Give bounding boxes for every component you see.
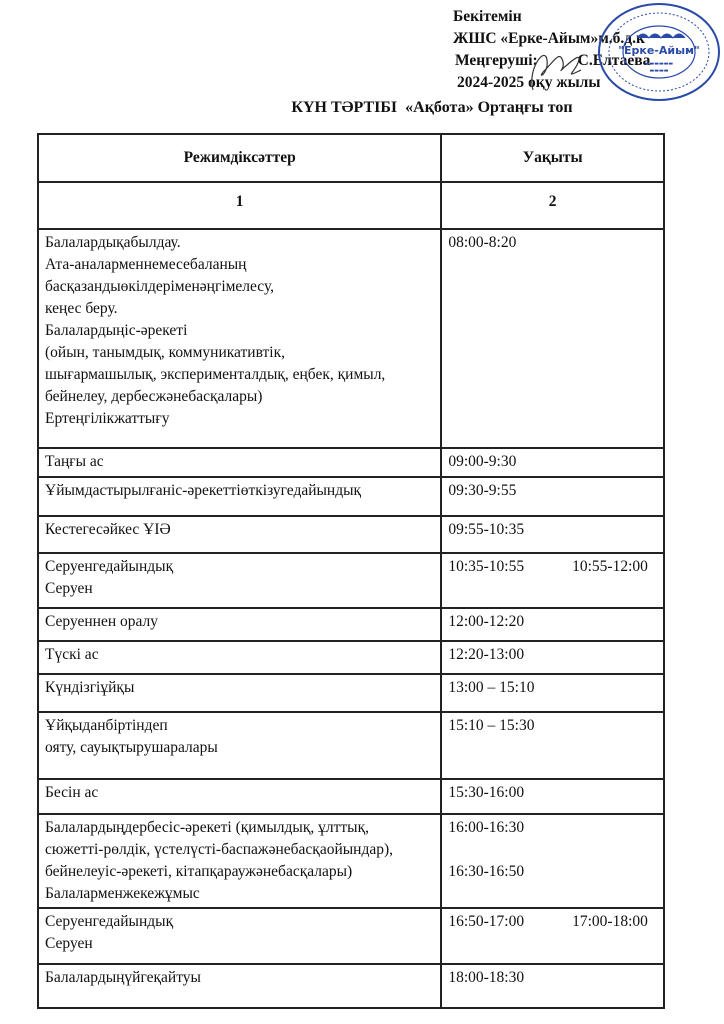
time-cell: 16:00-16:3016:30-16:50 xyxy=(441,814,664,908)
activity-line: Таңғы ас xyxy=(45,451,434,473)
activity-cell: Ұйымдастырылғаніс-әрекеттіөткізугедайынд… xyxy=(38,477,441,516)
activity-line: Серуен xyxy=(45,933,434,955)
activity-line: Ата-аналарменнемесебаланың xyxy=(45,254,434,276)
activity-cell: Кестегесәйкес ҰІӘ xyxy=(38,516,441,553)
document-title: КҮН ТӘРТІБІ «Ақбота» Ортаңғы топ xyxy=(0,99,724,117)
time-cell: 16:50-17:0017:00-18:00 xyxy=(441,908,664,964)
activity-line: Ұйымдастырылғаніс-әрекеттіөткізугедайынд… xyxy=(45,480,434,502)
svg-text:▬▬▬▬▬▬: ▬▬▬▬▬▬ xyxy=(645,61,674,67)
activity-line: Балалардыңіс-әрекеті xyxy=(45,320,434,342)
activity-cell: Балалардықабылдау.Ата-аналарменнемесебал… xyxy=(38,229,441,448)
activity-line: шығармашылық, эксперименталдық, еңбек, қ… xyxy=(45,364,434,386)
activity-line: бейнелеуіс-әрекеті, кітапқараужәнебасқал… xyxy=(45,861,434,883)
time-value: 08:00-8:20 xyxy=(448,232,657,254)
activity-line: кеңес беру. xyxy=(45,298,434,320)
activity-line: Балалардыңүйгеқайтуы xyxy=(45,967,434,989)
column-number-1: 1 xyxy=(38,182,441,229)
activity-cell: Ұйқыданбіртіндепояту, сауықтырушаралары xyxy=(38,712,441,779)
time-value: 13:00 – 15:10 xyxy=(448,677,657,699)
header-time: Уақыты xyxy=(441,134,664,182)
time-value: 15:10 – 15:30 xyxy=(448,715,657,737)
time-cell: 12:20-13:00 xyxy=(441,641,664,674)
time-cell: 15:30-16:00 xyxy=(441,779,664,814)
activity-cell: Балалардыңүйгеқайтуы xyxy=(38,964,441,1008)
table-number-row: 1 2 xyxy=(38,182,664,229)
table-row: Түскі ас12:20-13:00 xyxy=(38,641,664,674)
time-value: 17:00-18:00 xyxy=(572,911,648,933)
activity-cell: Балалардыңдербесіс-әрекеті (қимылдық, ұл… xyxy=(38,814,441,908)
activity-cell: Таңғы ас xyxy=(38,448,441,477)
time-value: 12:00-12:20 xyxy=(448,611,657,633)
activity-line: бейнелеу, дербесжәнебасқалары) xyxy=(45,386,434,408)
activity-line: Түскі ас xyxy=(45,644,434,666)
time-cell: 09:55-10:35 xyxy=(441,516,664,553)
time-value: 15:30-16:00 xyxy=(448,782,657,804)
activity-cell: СеруенгедайындықСеруен xyxy=(38,908,441,964)
table-row: Балалардыңүйгеқайтуы18:00-18:30 xyxy=(38,964,664,1008)
table-row: Серуеннен оралу12:00-12:20 xyxy=(38,608,664,641)
time-cell: 10:35-10:5510:55-12:00 xyxy=(441,553,664,608)
stamp-name: "Ерке-Айым" xyxy=(618,44,700,57)
activity-line: Серуеннен оралу xyxy=(45,611,434,633)
time-value: 16:30-16:50 xyxy=(448,861,657,883)
table-row: Ұйқыданбіртіндепояту, сауықтырушаралары1… xyxy=(38,712,664,779)
schedule-table: Режимдіксәттер Уақыты 1 2 Балалардықабыл… xyxy=(37,133,665,1009)
svg-text:▬▬▬▬: ▬▬▬▬ xyxy=(650,68,669,74)
time-value: 16:50-17:00 xyxy=(448,911,524,933)
time-value: 09:00-9:30 xyxy=(448,451,657,473)
table-row: Бесін ас15:30-16:00 xyxy=(38,779,664,814)
time-cell: 18:00-18:30 xyxy=(441,964,664,1008)
activity-cell: Серуеннен оралу xyxy=(38,608,441,641)
time-cell: 12:00-12:20 xyxy=(441,608,664,641)
time-value: 09:30-9:55 xyxy=(448,480,657,502)
activity-line: Балалардықабылдау. xyxy=(45,232,434,254)
activity-line: Бесін ас xyxy=(45,782,434,804)
activity-line: сюжетті-рөлдік, үстелүсті-баспажәнебасқа… xyxy=(45,839,434,861)
activity-line: басқазандыөкілдеріменәңгімелесу, xyxy=(45,276,434,298)
table-row: Балалардықабылдау.Ата-аналарменнемесебал… xyxy=(38,229,664,448)
activity-cell: Бесін ас xyxy=(38,779,441,814)
activity-line: Ұйқыданбіртіндеп xyxy=(45,715,434,737)
signature-icon xyxy=(525,40,585,95)
table-row: Ұйымдастырылғаніс-әрекеттіөткізугедайынд… xyxy=(38,477,664,516)
activity-line: Серуен xyxy=(45,578,434,600)
activity-line: Кестегесәйкес ҰІӘ xyxy=(45,519,434,541)
activity-cell: СеруенгедайындықСеруен xyxy=(38,553,441,608)
time-cell: 09:30-9:55 xyxy=(441,477,664,516)
time-value: 18:00-18:30 xyxy=(448,967,657,989)
activity-cell: Түскі ас xyxy=(38,641,441,674)
activity-line: (ойын, танымдық, коммуникативтік, xyxy=(45,342,434,364)
time-value xyxy=(448,839,657,861)
activity-line: Ертеңгілікжаттығу xyxy=(45,408,434,430)
stamp-icon: "Ерке-Айым" ▬▬▬▬▬▬ ▬▬▬▬ xyxy=(597,2,721,102)
activity-line: Серуенгедайындық xyxy=(45,556,434,578)
table-row: СеруенгедайындықСеруен16:50-17:0017:00-1… xyxy=(38,908,664,964)
table-row: СеруенгедайындықСеруен10:35-10:5510:55-1… xyxy=(38,553,664,608)
activity-line: Серуенгедайындық xyxy=(45,911,434,933)
time-value: 16:00-16:30 xyxy=(448,817,657,839)
time-value: 10:55-12:00 xyxy=(572,556,648,578)
time-value: 10:35-10:55 xyxy=(448,556,524,578)
time-cell: 15:10 – 15:30 xyxy=(441,712,664,779)
table-header-row: Режимдіксәттер Уақыты xyxy=(38,134,664,182)
table-row: Балалардыңдербесіс-әрекеті (қимылдық, ұл… xyxy=(38,814,664,908)
time-value: 09:55-10:35 xyxy=(448,519,657,541)
table-row: Таңғы ас09:00-9:30 xyxy=(38,448,664,477)
column-number-2: 2 xyxy=(441,182,664,229)
activity-cell: Күндізгіұйқы xyxy=(38,674,441,712)
activity-line: Күндізгіұйқы xyxy=(45,677,434,699)
activity-line: Балалардыңдербесіс-әрекеті (қимылдық, ұл… xyxy=(45,817,434,839)
table-row: Күндізгіұйқы13:00 – 15:10 xyxy=(38,674,664,712)
time-cell: 13:00 – 15:10 xyxy=(441,674,664,712)
time-cell: 08:00-8:20 xyxy=(441,229,664,448)
activity-line: ояту, сауықтырушаралары xyxy=(45,737,434,759)
header-activity: Режимдіксәттер xyxy=(38,134,441,182)
activity-line: Балаларменжекежұмыс xyxy=(45,883,434,905)
title-text: КҮН ТӘРТІБІ «Ақбота» Ортаңғы топ xyxy=(291,99,572,116)
table-row: Кестегесәйкес ҰІӘ09:55-10:35 xyxy=(38,516,664,553)
time-cell: 09:00-9:30 xyxy=(441,448,664,477)
time-value: 12:20-13:00 xyxy=(448,644,657,666)
